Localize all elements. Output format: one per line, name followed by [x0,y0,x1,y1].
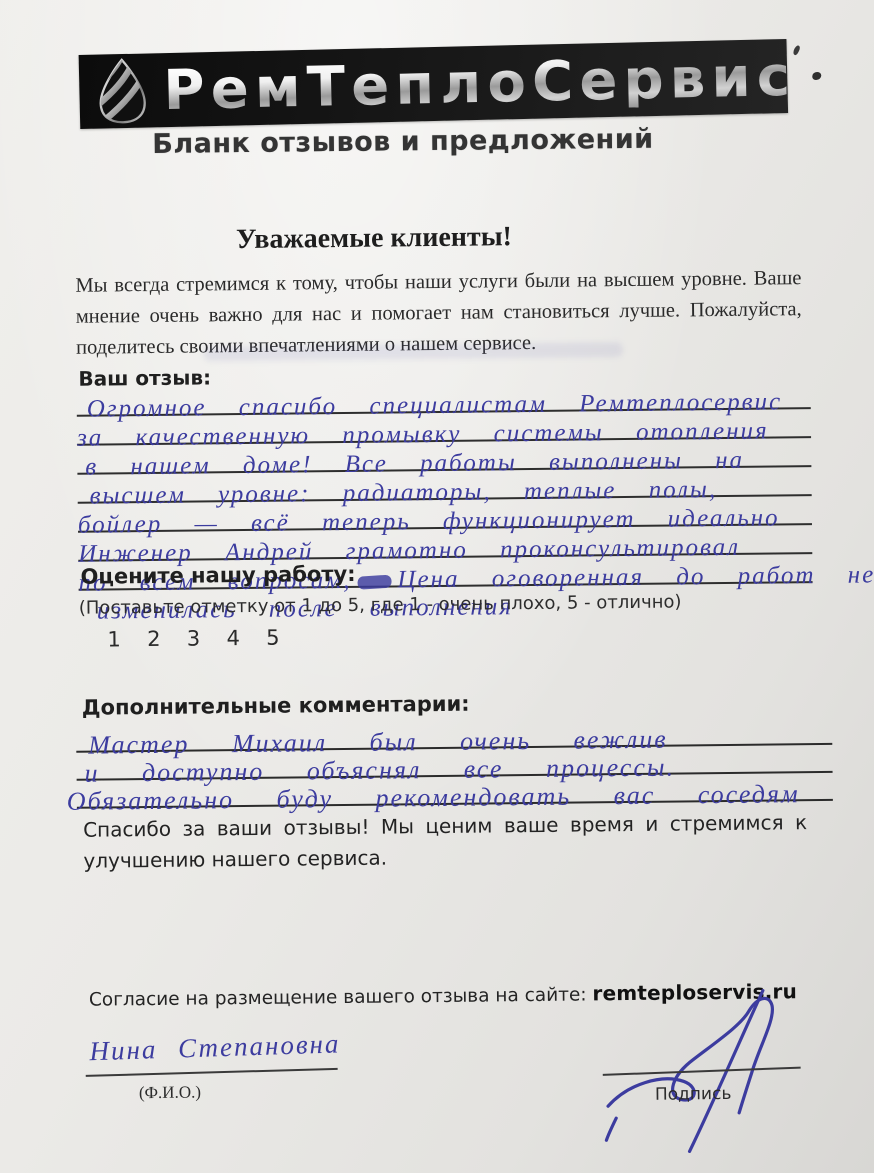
rating-option-5: 5 [264,626,282,650]
dirt-speck [812,72,821,80]
greeting-title: Уважаемые клиенты! [0,219,751,259]
photographed-feedback-form: РемТеплоСервис Бланк отзывов и предложен… [0,0,874,1173]
fio-handwritten-name: Нина Степановна [89,1028,341,1067]
rating-section-label: Оцените нашу работу: [80,562,355,589]
water-drop-icon [91,57,154,124]
rating-scale: 1 2 3 4 5 [105,625,297,651]
comments-handwriting-area: Мастер Михаил был очень вежлив и доступн… [76,717,833,809]
rating-option-2: 2 [145,627,163,651]
brand-banner: РемТеплоСервис [79,39,788,129]
comments-section-label: Дополнительные комментарии: [82,692,470,720]
brand-title: РемТеплоСервис [163,48,797,117]
closing-paragraph: Спасибо за ваши отзывы! Мы ценим ваше вр… [83,807,808,877]
rating-option-4: 4 [224,626,242,650]
rating-option-1: 1 [105,627,123,651]
fio-underline [86,1068,338,1077]
rating-option-3: 3 [184,626,202,650]
signature-label: Подпись [655,1084,732,1105]
fio-label: (Ф.И.О.) [139,1083,201,1104]
